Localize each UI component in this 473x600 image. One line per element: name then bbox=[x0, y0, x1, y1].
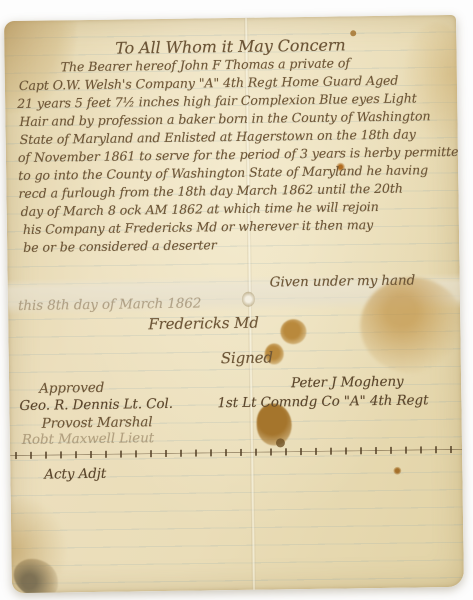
document-paper: To All Whom it May Concern The Bearer he… bbox=[4, 15, 464, 593]
approved-label: Approved bbox=[39, 380, 104, 397]
stain-center-speck bbox=[276, 438, 285, 447]
stain-dot-below-stitch bbox=[393, 467, 401, 475]
officer-signature-rank: 1st Lt Comndg Co "A" 4th Regt bbox=[217, 392, 428, 411]
stain-right-center bbox=[360, 277, 464, 374]
officer-signature-name: Peter J Mogheny bbox=[291, 374, 404, 392]
photo-backdrop: To All Whom it May Concern The Bearer he… bbox=[0, 0, 473, 600]
place-line: Fredericks Md bbox=[148, 314, 259, 334]
date-line: this 8th day of March 1862 bbox=[18, 295, 202, 314]
fold-hole bbox=[242, 292, 255, 307]
given-under-hand-line: Given under my hand bbox=[270, 272, 416, 290]
approver-name: Geo. R. Dennis Lt. Col. bbox=[19, 396, 173, 414]
acting-adjutant-note: Acty Adjt bbox=[44, 466, 106, 483]
signed-label: Signed bbox=[221, 348, 273, 367]
approver-title: Provost Marshal bbox=[42, 414, 153, 432]
document-line: be or be considered a deserter bbox=[23, 237, 217, 255]
witness-signature: Robt Maxwell Lieut bbox=[22, 430, 154, 448]
